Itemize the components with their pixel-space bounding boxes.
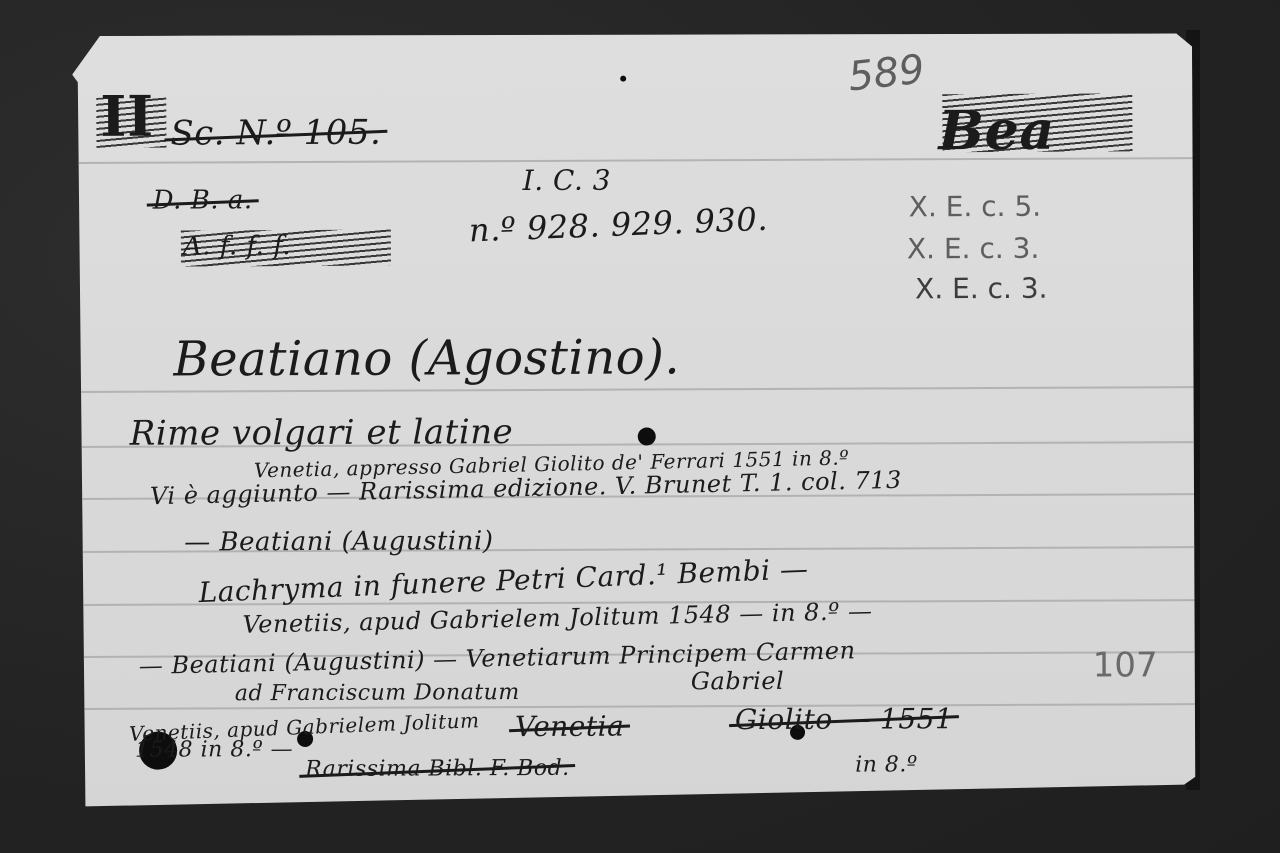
crossed-shelfmark-1: Sc. N.º 105. <box>170 113 381 154</box>
item-numbers: n.º 928. 929. 930. <box>468 200 768 250</box>
class-mark: I. C. 3 <box>523 164 612 197</box>
ink-dot <box>620 76 626 82</box>
third-dedicatee: ad Franciscum Donatum <box>235 680 520 706</box>
scribble-over-abbreviation <box>942 93 1132 152</box>
third-date: 1548 in 8.º — <box>135 737 293 763</box>
struck-venetia: Venetia <box>515 710 624 743</box>
struck-giolito: Giolito — 1551 <box>735 702 953 736</box>
pencil-number: 589 <box>846 46 927 100</box>
pencil-page-number: 107 <box>1093 645 1158 685</box>
format-note: in 8.º <box>855 752 918 777</box>
scribble-over-numeral <box>96 98 166 148</box>
crossed-shelfmark-2: D. B. a. <box>153 185 253 215</box>
author-heading: Beatiano (Agostino). <box>173 329 680 387</box>
pencil-shelfmark-1: X. E. c. 5. <box>909 190 1042 224</box>
catalog-card: II Sc. N.º 105. D. B. a. A. f. f. f. 589… <box>72 31 1195 808</box>
title-line: Rime volgari et latine <box>130 412 514 454</box>
scribble-over-shelfmark <box>181 230 391 267</box>
pencil-shelfmark-3: X. E. c. 3. <box>915 272 1048 306</box>
punch-hole-small <box>638 427 656 445</box>
second-author: — Beatiani (Augustini) <box>184 526 493 557</box>
gabriel-annotation: Gabriel <box>691 667 784 695</box>
struck-note: Rarissima Bibl. F. Bod. <box>305 756 570 782</box>
pencil-shelfmark-2: X. E. c. 3. <box>907 232 1040 266</box>
